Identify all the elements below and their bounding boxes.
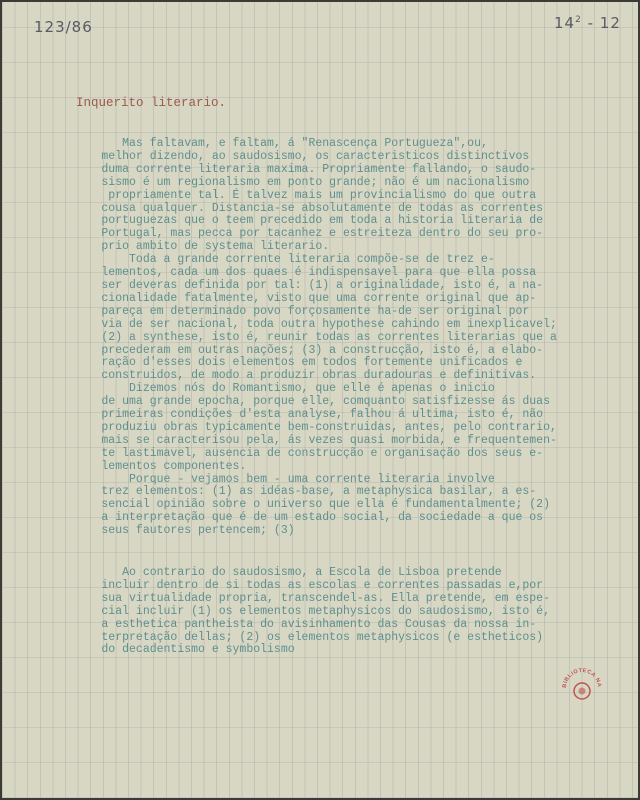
text-line: incluir dentro de si todas as escolas e … <box>60 580 605 593</box>
document-title: Inquerito literario. <box>76 96 226 110</box>
text-line: lementos componentes. <box>60 461 605 474</box>
text-line: produziu obras typicamente bem-construid… <box>60 422 605 435</box>
text-line: pareça em determinado povo forçosamente … <box>60 306 605 319</box>
ref-right-main: 14 <box>554 14 575 32</box>
text-line: melhor dizendo, ao saudosismo, os caract… <box>60 151 605 164</box>
text-line: via de ser nacional, toda outra hypothes… <box>60 319 605 332</box>
text-line: te lastimavel, ausencia de construcção e… <box>60 448 605 461</box>
text-line: a esthetica pantheista do avisinhamento … <box>60 619 605 632</box>
svg-text:BIBLIOTECA NACIONAL: BIBLIOTECA NACIONAL <box>560 664 602 688</box>
text-line: Mas faltavam, e faltam, á "Renascença Po… <box>60 138 605 151</box>
library-stamp: BIBLIOTECA NACIONAL <box>560 664 604 708</box>
text-line: Ao contrario do saudosismo, a Escola de … <box>60 567 605 580</box>
text-line: duma corrente literaria maxima. Propriam… <box>60 164 605 177</box>
ref-right-suffix: - 12 <box>588 14 621 32</box>
body-text-block-1: Mas faltavam, e faltam, á "Renascença Po… <box>60 138 605 538</box>
text-line: sismo é um regionalismo em ponto grande;… <box>60 177 605 190</box>
manuscript-page: 123/86 142 - 12 Inquerito literario. Mas… <box>2 2 638 798</box>
text-line: seus fautores pertencem; (3) <box>60 525 605 538</box>
text-line: primeiras condições d'esta analyse, falh… <box>60 409 605 422</box>
ref-right-superscript: 2 <box>575 15 582 25</box>
text-line: cionalidade fatalmente, visto que uma co… <box>60 293 605 306</box>
text-line: (2) a synthese, isto é, reunir todas as … <box>60 332 605 345</box>
text-line: propriamente tal. É talvez mais um provi… <box>60 190 605 203</box>
text-line: mais se caracterisou pela, ás vezes quas… <box>60 435 605 448</box>
text-line: do decadentismo e symbolismo <box>60 644 605 657</box>
body-text-block-2: Ao contrario do saudosismo, a Escola de … <box>60 567 605 657</box>
text-line: sua virtualidade propria, transcendel-as… <box>60 593 605 606</box>
stamp-seal-icon: BIBLIOTECA NACIONAL <box>560 664 604 708</box>
text-line: cial incluir (1) os elementos metaphysic… <box>60 606 605 619</box>
text-line: ser deveras definida por tal: (1) a orig… <box>60 280 605 293</box>
archive-reference-left: 123/86 <box>34 18 93 36</box>
archive-reference-right: 142 - 12 <box>554 14 621 32</box>
